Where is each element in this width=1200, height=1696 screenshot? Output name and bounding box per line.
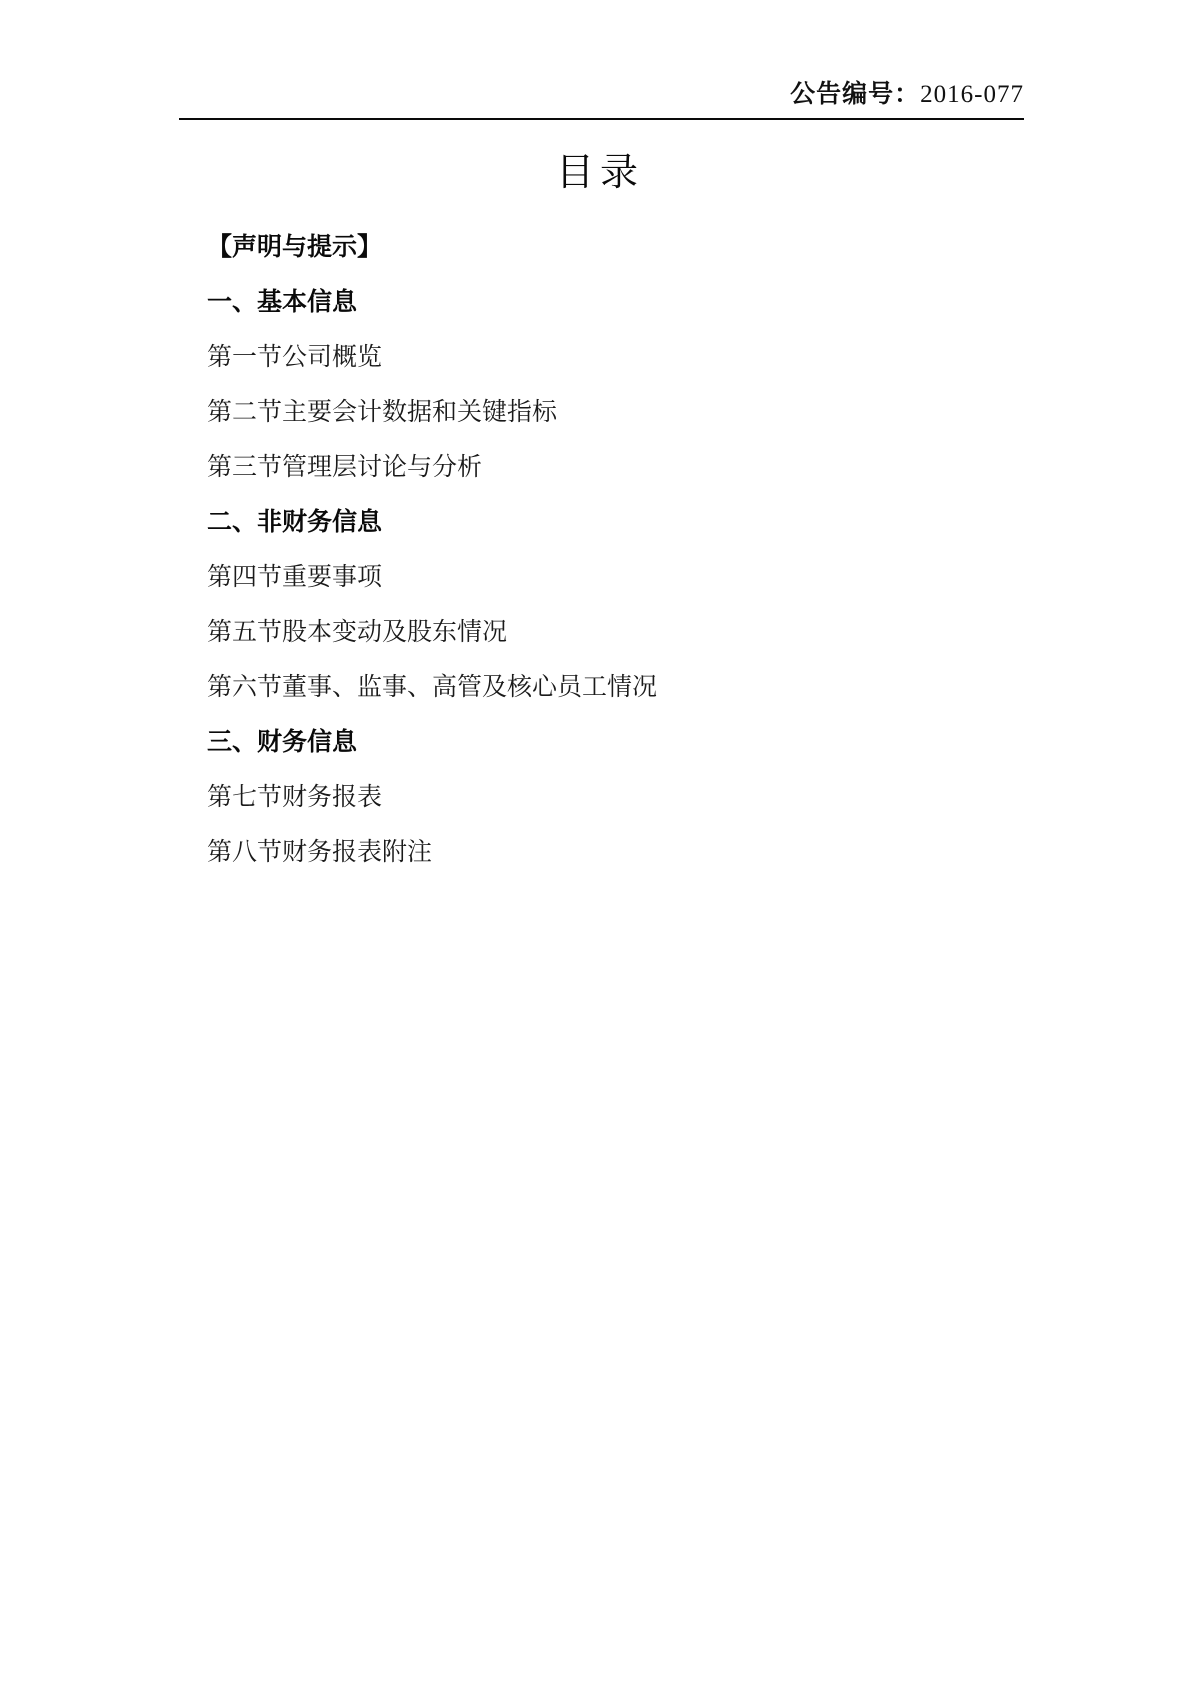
announcement-number-label: 公告编号： <box>790 80 920 108</box>
toc-entry-section-8: 第八节财务报表附注 <box>207 825 1057 880</box>
toc-entry-section-1: 第一节公司概览 <box>207 330 1057 385</box>
toc-heading-non-financial-info: 二、非财务信息 <box>207 495 1057 550</box>
table-of-contents: 【声明与提示】 一、基本信息 第一节公司概览 第二节主要会计数据和关键指标 第三… <box>207 220 1057 880</box>
toc-heading-declaration: 【声明与提示】 <box>207 220 1057 275</box>
toc-entry-section-4: 第四节重要事项 <box>207 550 1057 605</box>
page-header: 公告编号：2016-077 <box>179 80 1024 120</box>
toc-entry-section-5: 第五节股本变动及股东情况 <box>207 605 1057 660</box>
page-title: 目录 <box>0 148 1200 198</box>
toc-entry-section-2: 第二节主要会计数据和关键指标 <box>207 385 1057 440</box>
toc-heading-basic-info: 一、基本信息 <box>207 275 1057 330</box>
toc-entry-section-3: 第三节管理层讨论与分析 <box>207 440 1057 495</box>
toc-heading-financial-info: 三、财务信息 <box>207 715 1057 770</box>
toc-entry-section-6: 第六节董事、监事、高管及核心员工情况 <box>207 660 1057 715</box>
toc-entry-section-7: 第七节财务报表 <box>207 770 1057 825</box>
document-page: 公告编号：2016-077 目录 【声明与提示】 一、基本信息 第一节公司概览 … <box>0 0 1200 1696</box>
announcement-number-value: 2016-077 <box>920 81 1024 108</box>
